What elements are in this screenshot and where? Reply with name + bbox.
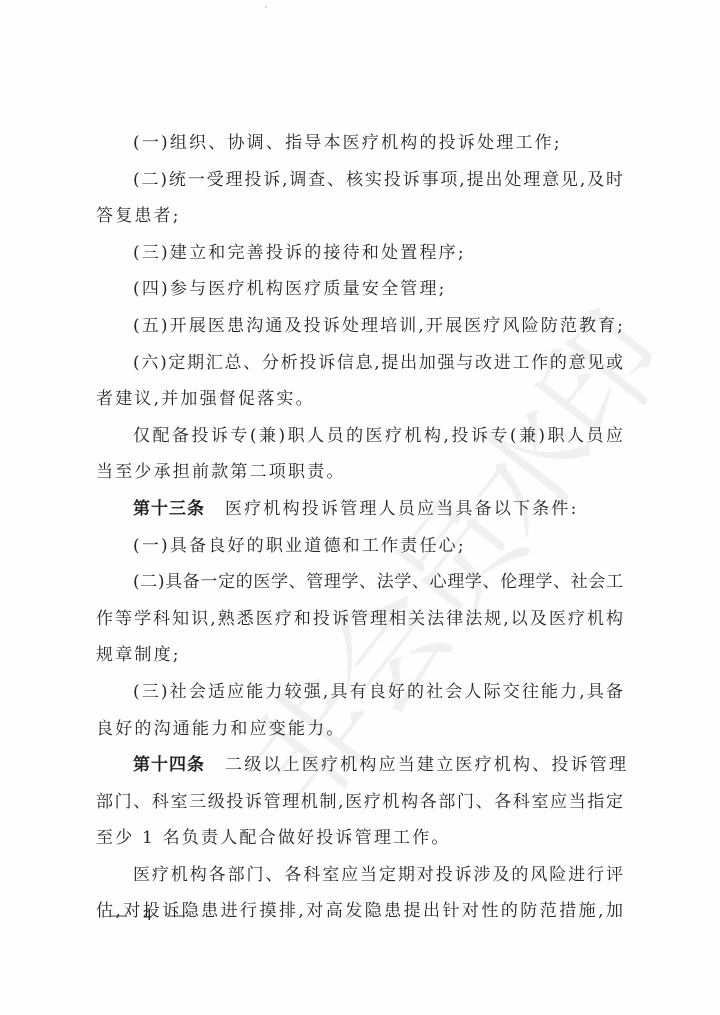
text-line: 规章制度;: [96, 637, 626, 674]
text-line: 者建议,并加强督促落实。: [96, 381, 626, 418]
document-page: 非会员水印 (一)组织、协调、指导本医疗机构的投诉处理工作; (二)统一受理投诉…: [0, 0, 720, 1015]
text-line: (一)具备良好的职业道德和工作责任心;: [96, 528, 626, 565]
article-number: 第十四条: [133, 755, 205, 775]
text-line: 良好的沟通能力和应变能力。: [96, 711, 626, 748]
text-line: (二)统一受理投诉,调查、核实投诉事项,提出处理意见,及时: [96, 162, 623, 199]
article-13-heading-line: 第十三条医疗机构投诉管理人员应当具备以下条件:: [96, 491, 626, 528]
text-line: 作等学科知识,熟悉医疗和投诉管理相关法律法规,以及医疗机构: [96, 601, 623, 638]
text-line: 至少 1 名负责人配合做好投诉管理工作。: [96, 820, 626, 857]
text-line: (一)组织、协调、指导本医疗机构的投诉处理工作;: [96, 125, 626, 162]
text-line: (六)定期汇总、分析投诉信息,提出加强与改进工作的意见或: [96, 345, 623, 382]
article-number: 第十三条: [133, 499, 205, 519]
text-line: 医疗机构各部门、各科室应当定期对投诉涉及的风险进行评: [96, 857, 623, 894]
text-line: 仅配备投诉专(兼)职人员的医疗机构,投诉专(兼)职人员应: [96, 418, 623, 455]
text-line: (三)社会适应能力较强,具有良好的社会人际交往能力,具备: [96, 674, 623, 711]
text-line: 当至少承担前款第二项职责。: [96, 454, 626, 491]
article-14-heading-line: 第十四条二级以上医疗机构应当建立医疗机构、投诉管理: [96, 747, 626, 784]
scan-speck: [265, 6, 267, 8]
text-line: (四)参与医疗机构医疗质量安全管理;: [96, 271, 626, 308]
page-number: — 4 —: [110, 905, 191, 925]
text-line: (二)具备一定的医学、管理学、法学、心理学、伦理学、社会工: [96, 564, 623, 601]
text-line: 部门、科室三级投诉管理机制,医疗机构各部门、各科室应当指定: [96, 784, 623, 821]
text-line: (三)建立和完善投诉的接待和处置程序;: [96, 235, 626, 272]
document-body: (一)组织、协调、指导本医疗机构的投诉处理工作; (二)统一受理投诉,调查、核实…: [96, 125, 626, 930]
text-line: 答复患者;: [96, 198, 626, 235]
text-line: (五)开展医患沟通及投诉处理培训,开展医疗风险防范教育;: [96, 308, 623, 345]
